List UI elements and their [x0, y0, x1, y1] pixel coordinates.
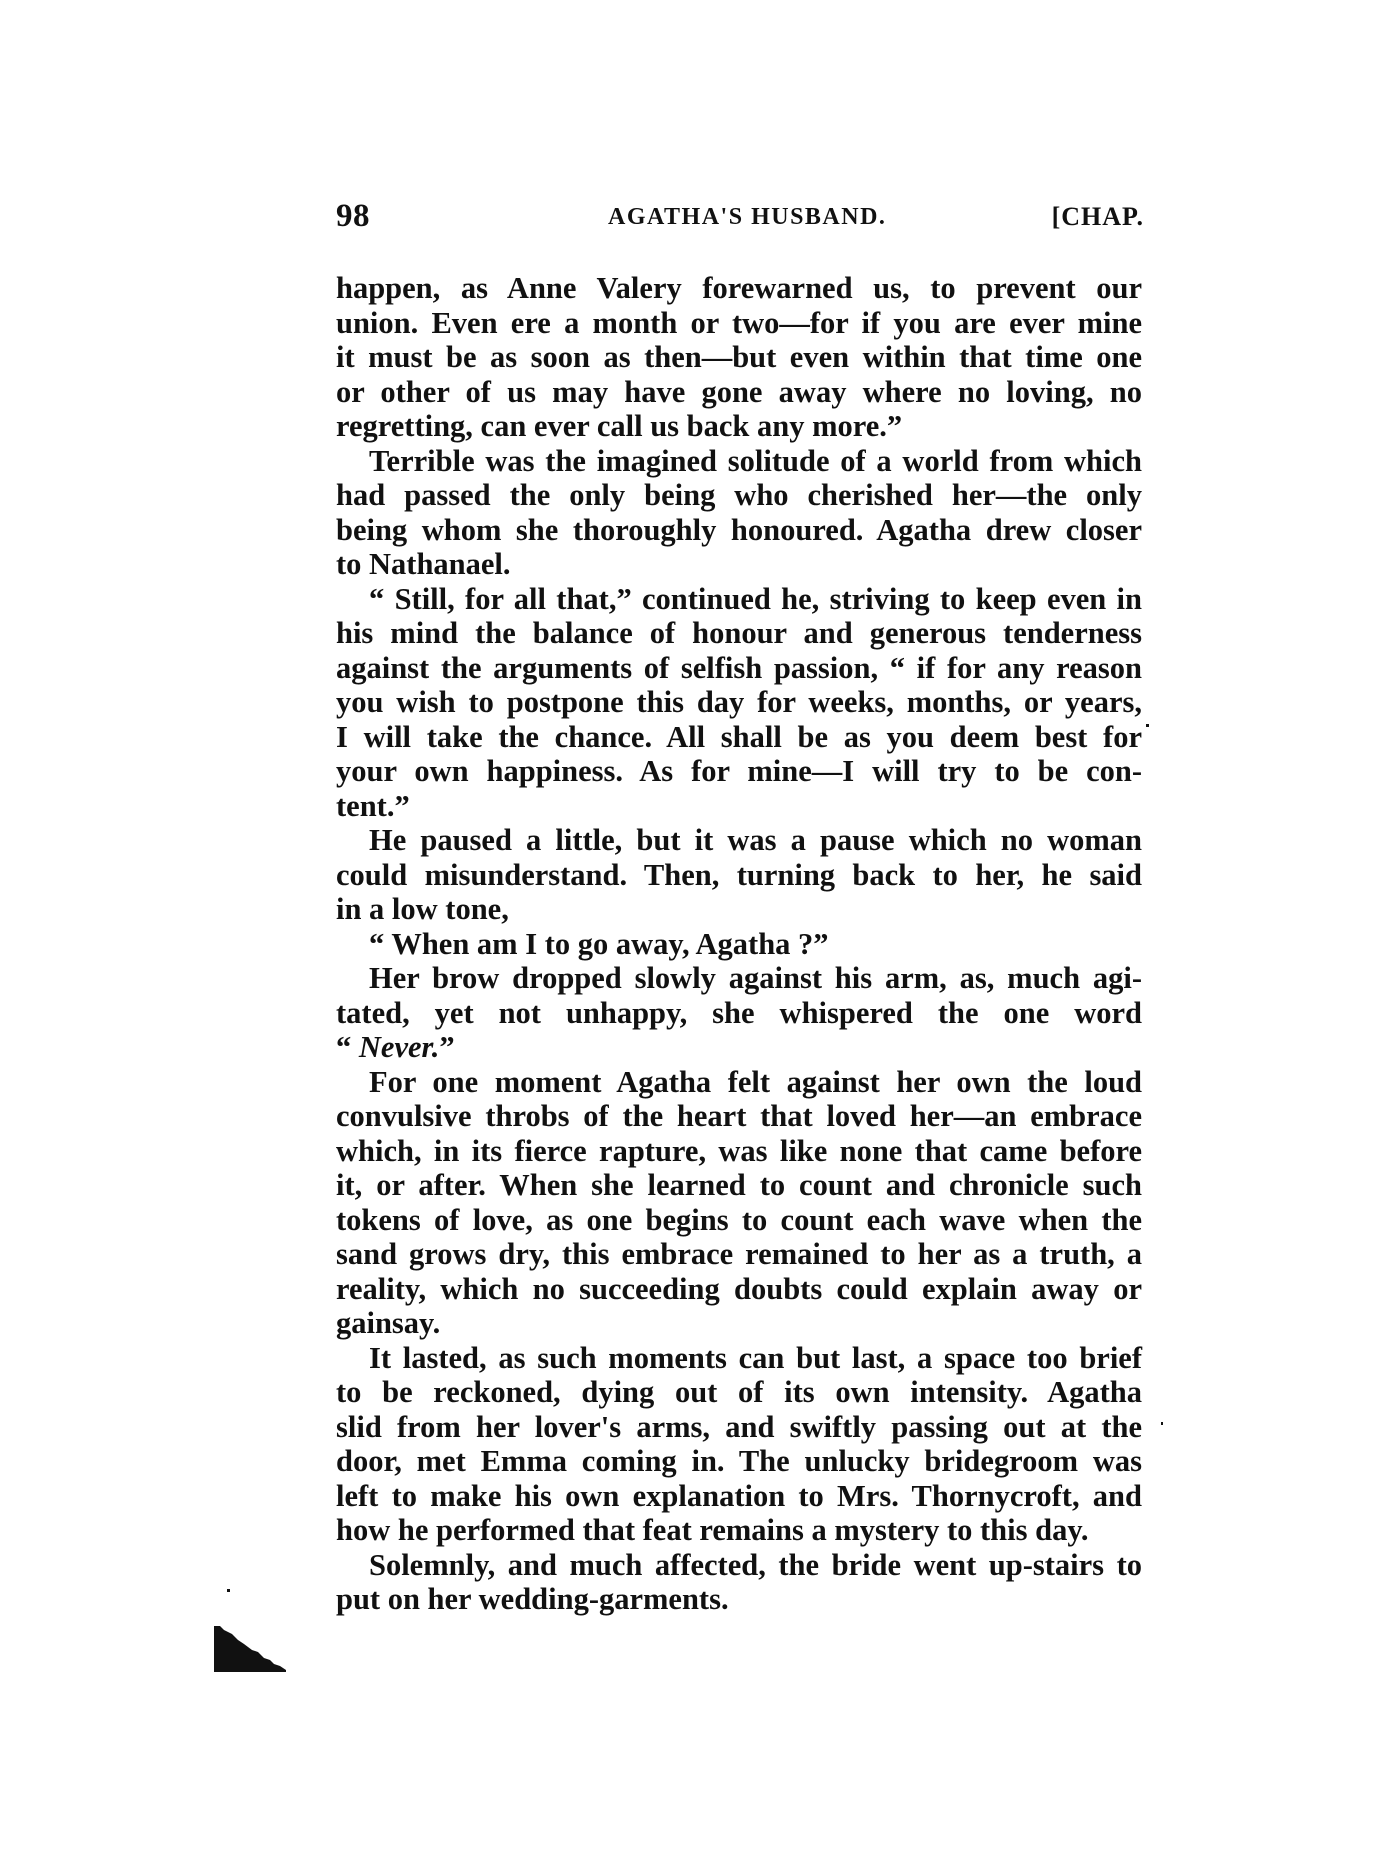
text-line: put on her wedding-garments. [336, 1582, 1142, 1617]
text-line: “ Still, for all that,” continued he, st… [336, 582, 1142, 617]
text-line: left to make his own explanation to Mrs.… [336, 1479, 1142, 1514]
text-line: it must be as soon as then—but even with… [336, 340, 1142, 375]
text-line: Terrible was the imagined solitude of a … [336, 444, 1142, 479]
text-line: to Nathanael. [336, 547, 1142, 582]
text-line: had passed the only being who cherished … [336, 478, 1142, 513]
text-line: convulsive throbs of the heart that love… [336, 1099, 1142, 1134]
text-line: regretting, can ever call us back any mo… [336, 409, 1142, 444]
text-line: sand grows dry, this embrace remained to… [336, 1237, 1142, 1272]
book-page: 98 AGATHA'S HUSBAND. [CHAP. happen, as A… [0, 0, 1400, 1850]
text-line: Her brow dropped slowly against his arm,… [336, 961, 1142, 996]
italic-word: Never. [359, 1030, 439, 1064]
text-line: in a low tone, [336, 892, 1142, 927]
text-line: your own happiness. As for mine—I will t… [336, 754, 1142, 789]
text-line: how he performed that feat remains a mys… [336, 1513, 1142, 1548]
running-head: 98 AGATHA'S HUSBAND. [CHAP. [336, 198, 1144, 242]
text-line: being whom she thoroughly honoured. Agat… [336, 513, 1142, 548]
text-line: door, met Emma coming in. The unlucky br… [336, 1444, 1142, 1479]
text-line: “ When am I to go away, Agatha ?” [336, 927, 1142, 962]
text-line: which, in its fierce rapture, was like n… [336, 1134, 1142, 1169]
text-line: could misunderstand. Then, turning back … [336, 858, 1142, 893]
text-line: For one moment Agatha felt against her o… [336, 1065, 1142, 1100]
text-line: I will take the chance. All shall be as … [336, 720, 1142, 755]
text-line: or other of us may have gone away where … [336, 375, 1142, 410]
text-line: tated, yet not unhappy, she whispered th… [336, 996, 1142, 1031]
chapter-mark: [CHAP. [1052, 202, 1144, 232]
text-line: gainsay. [336, 1306, 1142, 1341]
text-line: against the arguments of selfish passion… [336, 651, 1142, 686]
text-line: Solemnly, and much affected, the bride w… [336, 1548, 1142, 1583]
page-number: 98 [336, 198, 370, 235]
running-title: AGATHA'S HUSBAND. [608, 204, 886, 231]
text-line: tent.” [336, 789, 1142, 824]
scan-thumb-triangle-icon [214, 1626, 286, 1672]
text-line: tokens of love, as one begins to count e… [336, 1203, 1142, 1238]
text-line: you wish to postpone this day for weeks,… [336, 685, 1142, 720]
text-line: to be reckoned, dying out of its own int… [336, 1375, 1142, 1410]
text-line: slid from her lover's arms, and swiftly … [336, 1410, 1142, 1445]
text-line: it, or after. When she learned to count … [336, 1168, 1142, 1203]
text-line: “ Never.” [336, 1030, 1142, 1065]
speck-mark [227, 1589, 230, 1592]
speck-mark [1146, 724, 1149, 727]
text-line: his mind the balance of honour and gener… [336, 616, 1142, 651]
body-text: happen, as Anne Valery forewarned us, to… [336, 271, 1142, 1617]
speck-mark [1161, 1422, 1163, 1425]
text-line: reality, which no succeeding doubts coul… [336, 1272, 1142, 1307]
text-line: happen, as Anne Valery forewarned us, to… [336, 271, 1142, 306]
text-line: It lasted, as such moments can but last,… [336, 1341, 1142, 1376]
text-line: union. Even ere a month or two—for if yo… [336, 306, 1142, 341]
text-line: He paused a little, but it was a pause w… [336, 823, 1142, 858]
